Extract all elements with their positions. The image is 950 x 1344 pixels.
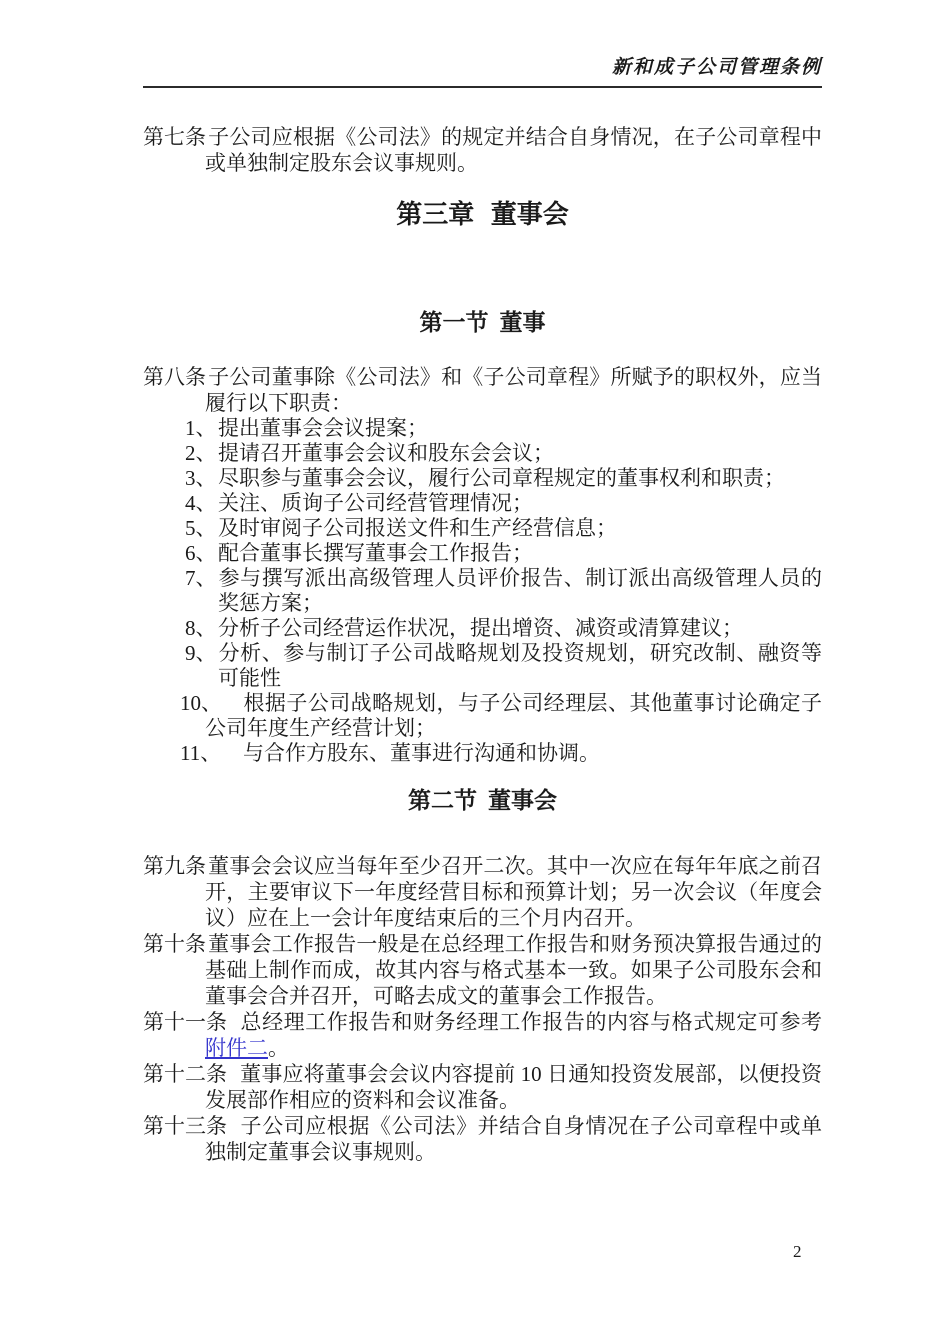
article-11-text-before: 总经理工作报告和财务经理工作报告的内容与格式规定可参考 <box>240 1010 822 1034</box>
duty-item-3: 3、尽职参与董事会会议，履行公司章程规定的董事权利和职责； <box>218 466 822 491</box>
article-13-text: 子公司应根据《公司法》并结合自身情况在子公司章程中或单独制定董事会议事规则。 <box>205 1114 822 1164</box>
article-11-text-after: 。 <box>268 1036 289 1060</box>
document-page: 新和成子公司管理条例 第七条子公司应根据《公司法》的规定并结合自身情况，在子公司… <box>0 0 950 1344</box>
article-7-text: 子公司应根据《公司法》的规定并结合自身情况，在子公司章程中或单独制定股东会议事规… <box>205 125 822 175</box>
duties-list: 1、提出董事会会议提案； 2、提请召开董事会会议和股东会会议； 3、尽职参与董事… <box>143 416 822 766</box>
article-11: 第十一条总经理工作报告和财务经理工作报告的内容与格式规定可参考附件二。 <box>205 1009 822 1061</box>
duty-item-11-number: 11、 <box>180 741 243 766</box>
duty-item-8: 8、分析子公司经营运作状况，提出增资、减资或清算建议； <box>218 616 822 641</box>
duty-item-2-number: 2、 <box>185 441 218 466</box>
duty-item-10: 10、根据子公司战略规划，与子公司经理层、其他董事讨论确定子公司年度生产经营计划… <box>205 691 822 741</box>
article-8-text: 子公司董事除《公司法》和《子公司章程》所赋予的职权外，应当履行以下职责： <box>205 365 822 415</box>
article-7-number: 第七条 <box>143 124 208 150</box>
chapter-heading: 第三章 董事会 <box>143 200 822 230</box>
article-7: 第七条子公司应根据《公司法》的规定并结合自身情况，在子公司章程中或单独制定股东会… <box>205 124 822 176</box>
duty-item-6-text: 配合董事长撰写董事会工作报告； <box>218 541 533 565</box>
article-13: 第十三条子公司应根据《公司法》并结合自身情况在子公司章程中或单独制定董事会议事规… <box>205 1113 822 1165</box>
duty-item-8-text: 分析子公司经营运作状况，提出增资、减资或清算建议； <box>218 616 743 640</box>
duty-item-6-number: 6、 <box>185 541 218 566</box>
duty-item-7: 7、参与撰写派出高级管理人员评价报告、制订派出高级管理人员的奖惩方案； <box>218 566 822 616</box>
duty-item-8-number: 8、 <box>185 616 218 641</box>
article-10: 第十条董事会工作报告一般是在总经理工作报告和财务预决算报告通过的基础上制作而成，… <box>205 931 822 1009</box>
document-body: 第七条子公司应根据《公司法》的规定并结合自身情况，在子公司章程中或单独制定股东会… <box>0 0 950 1344</box>
section-2-heading: 第二节 董事会 <box>143 788 822 814</box>
duty-item-3-text: 尽职参与董事会会议，履行公司章程规定的董事权利和职责； <box>218 466 785 490</box>
duty-item-11-text: 与合作方股东、董事进行沟通和协调。 <box>243 741 600 765</box>
duty-item-2: 2、提请召开董事会会议和股东会会议； <box>218 441 822 466</box>
duty-item-4-text: 关注、质询子公司经营管理情况； <box>218 491 533 515</box>
duty-item-7-number: 7、 <box>185 566 218 591</box>
article-9-text: 董事会会议应当每年至少召开二次。其中一次应在每年年底之前召开，主要审议下一年度经… <box>205 854 822 930</box>
attachment-2-link[interactable]: 附件二 <box>205 1036 268 1060</box>
duty-item-1-number: 1、 <box>185 416 218 441</box>
article-9-number: 第九条 <box>143 853 208 879</box>
article-12: 第十二条董事应将董事会会议内容提前 10 日通知投资发展部，以便投资发展部作相应… <box>205 1061 822 1113</box>
duty-item-9: 9、分析、参与制订子公司战略规划及投资规划，研究改制、融资等可能性 <box>218 641 822 691</box>
duty-item-3-number: 3、 <box>185 466 218 491</box>
article-8: 第八条子公司董事除《公司法》和《子公司章程》所赋予的职权外，应当履行以下职责： <box>205 364 822 416</box>
article-10-number: 第十条 <box>143 931 208 957</box>
duty-item-1: 1、提出董事会会议提案； <box>218 416 822 441</box>
duty-item-10-number: 10、 <box>180 691 243 716</box>
article-12-number: 第十二条 <box>143 1061 240 1087</box>
duty-item-5-number: 5、 <box>185 516 218 541</box>
duty-item-7-text: 参与撰写派出高级管理人员评价报告、制订派出高级管理人员的奖惩方案； <box>218 566 822 615</box>
duty-item-9-number: 9、 <box>185 641 218 666</box>
article-10-text: 董事会工作报告一般是在总经理工作报告和财务预决算报告通过的基础上制作而成，故其内… <box>205 932 822 1008</box>
page-number: 2 <box>793 1242 802 1262</box>
duty-item-5-text: 及时审阅子公司报送文件和生产经营信息； <box>218 516 617 540</box>
duty-item-4-number: 4、 <box>185 491 218 516</box>
article-12-text: 董事应将董事会会议内容提前 10 日通知投资发展部，以便投资发展部作相应的资料和… <box>205 1062 822 1112</box>
duty-item-4: 4、关注、质询子公司经营管理情况； <box>218 491 822 516</box>
duty-item-1-text: 提出董事会会议提案； <box>218 416 428 440</box>
article-9: 第九条董事会会议应当每年至少召开二次。其中一次应在每年年底之前召开，主要审议下一… <box>205 853 822 931</box>
duty-item-2-text: 提请召开董事会会议和股东会会议； <box>218 441 554 465</box>
section-1-heading: 第一节 董事 <box>143 310 822 336</box>
duty-item-10-text: 根据子公司战略规划，与子公司经理层、其他董事讨论确定子公司年度生产经营计划； <box>205 691 822 740</box>
duty-item-6: 6、配合董事长撰写董事会工作报告； <box>218 541 822 566</box>
article-13-number: 第十三条 <box>143 1113 240 1139</box>
article-8-number: 第八条 <box>143 364 208 390</box>
duty-item-11: 11、与合作方股东、董事进行沟通和协调。 <box>205 741 822 766</box>
article-11-number: 第十一条 <box>143 1009 240 1035</box>
duty-item-9-text: 分析、参与制订子公司战略规划及投资规划，研究改制、融资等可能性 <box>218 641 822 690</box>
duty-item-5: 5、及时审阅子公司报送文件和生产经营信息； <box>218 516 822 541</box>
